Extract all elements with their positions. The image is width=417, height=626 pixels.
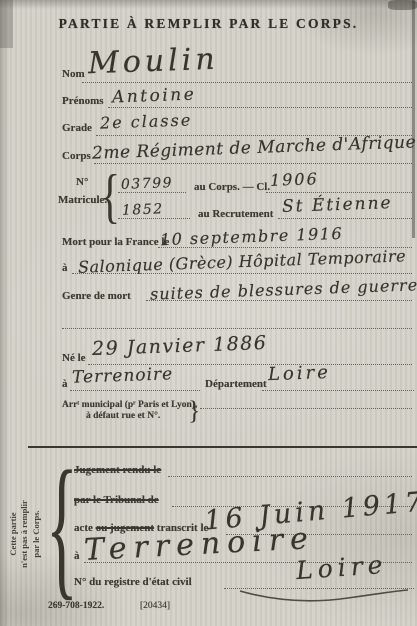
mort-lieu-label: à	[62, 262, 68, 274]
prenoms-handwritten-value: Antoine	[112, 85, 197, 108]
matricule-label-line1: N°	[76, 176, 88, 188]
section-divider-rule	[28, 446, 417, 448]
au-recrutement-label: au Recrutement	[198, 208, 273, 220]
blank-dotted-line	[62, 328, 412, 329]
corps-dotted-line	[94, 163, 412, 164]
mort-date-handwritten-value: 10 septembre 1916	[160, 224, 344, 249]
sidebar-note-line2: n'est pas à remplir	[19, 468, 30, 600]
nom-dotted-line	[82, 82, 412, 83]
departement-handwritten-value: Loire	[268, 362, 332, 385]
sidebar-note-line1: Cette partie	[8, 468, 19, 600]
departement-label: Département	[205, 378, 267, 390]
footer-imprint: 269-708-1922.	[48, 601, 104, 611]
genre-mort-dotted-line	[146, 300, 412, 301]
departement-dotted-line	[262, 390, 414, 391]
matricule-recrutement-dotted-line	[118, 218, 190, 219]
nom-label: Nom	[62, 68, 85, 80]
recrutement-lieu-dotted-line	[278, 218, 412, 219]
jugement-label-struck: Jugement rendu le	[74, 464, 161, 476]
mort-date-label: Mort pour la France le	[62, 236, 169, 248]
naissance-lieu-dotted-line	[70, 390, 200, 391]
tribunal-label-struck: par le Tribunal de	[74, 494, 159, 506]
sidebar-note-line3: par le Corps.	[31, 468, 42, 600]
classe-handwritten-value: 1906	[270, 169, 319, 190]
naissance-date-label: Né le	[62, 352, 86, 364]
matricule-corps-dotted-line	[118, 192, 186, 193]
scan-edge-line	[412, 0, 415, 238]
naissance-lieu-label: à	[62, 378, 68, 390]
naissance-lieu-handwritten-value: Terrenoire	[72, 364, 174, 388]
matricule-corps-number: 03799	[121, 175, 174, 193]
registre-label: N° du registre d'état civil	[74, 576, 192, 588]
corps-handwritten-value: 2me Régiment de Marche d'Afrique	[92, 132, 417, 163]
grade-label: Grade	[62, 122, 92, 134]
recrutement-lieu-handwritten-value: St Étienne	[282, 193, 393, 217]
matricule-recrutement-number: 1852	[122, 201, 164, 218]
grade-handwritten-value: 2e classe	[100, 110, 193, 132]
military-death-record-card: PARTIE À REMPLIR PAR LE CORPS. Nom Mouli…	[0, 0, 417, 626]
genre-mort-label: Genre de mort	[62, 290, 131, 302]
transcrit-lieu-label: à	[74, 550, 80, 562]
nom-handwritten-value: Moulin	[87, 42, 219, 82]
naissance-date-handwritten-value: 29 Janvier 1886	[92, 332, 268, 360]
footer-series-number: [20434]	[140, 601, 170, 611]
mort-lieu-dotted-line	[72, 273, 412, 274]
jugement-dotted-line	[168, 476, 412, 477]
arrondissement-dotted-line	[200, 408, 412, 409]
prenoms-dotted-line	[108, 107, 412, 108]
page-title: PARTIE À REMPLIR PAR LE CORPS.	[0, 16, 417, 32]
arrondissement-label-line2: à défaut rue et N°.	[86, 411, 160, 421]
signature-swash-stroke	[238, 586, 410, 606]
arrondissement-brace: }	[188, 398, 200, 424]
arrondissement-label-line1: Arrᵗ municipal (pʳ Paris et Lyon),	[62, 400, 197, 410]
prenoms-label: Prénoms	[62, 95, 104, 107]
au-corps-label: au Corps. — Cl.	[194, 181, 270, 193]
corps-label: Corps	[62, 150, 91, 162]
matricule-brace: {	[100, 166, 120, 226]
registre-handwritten-value: Loire	[295, 550, 388, 585]
